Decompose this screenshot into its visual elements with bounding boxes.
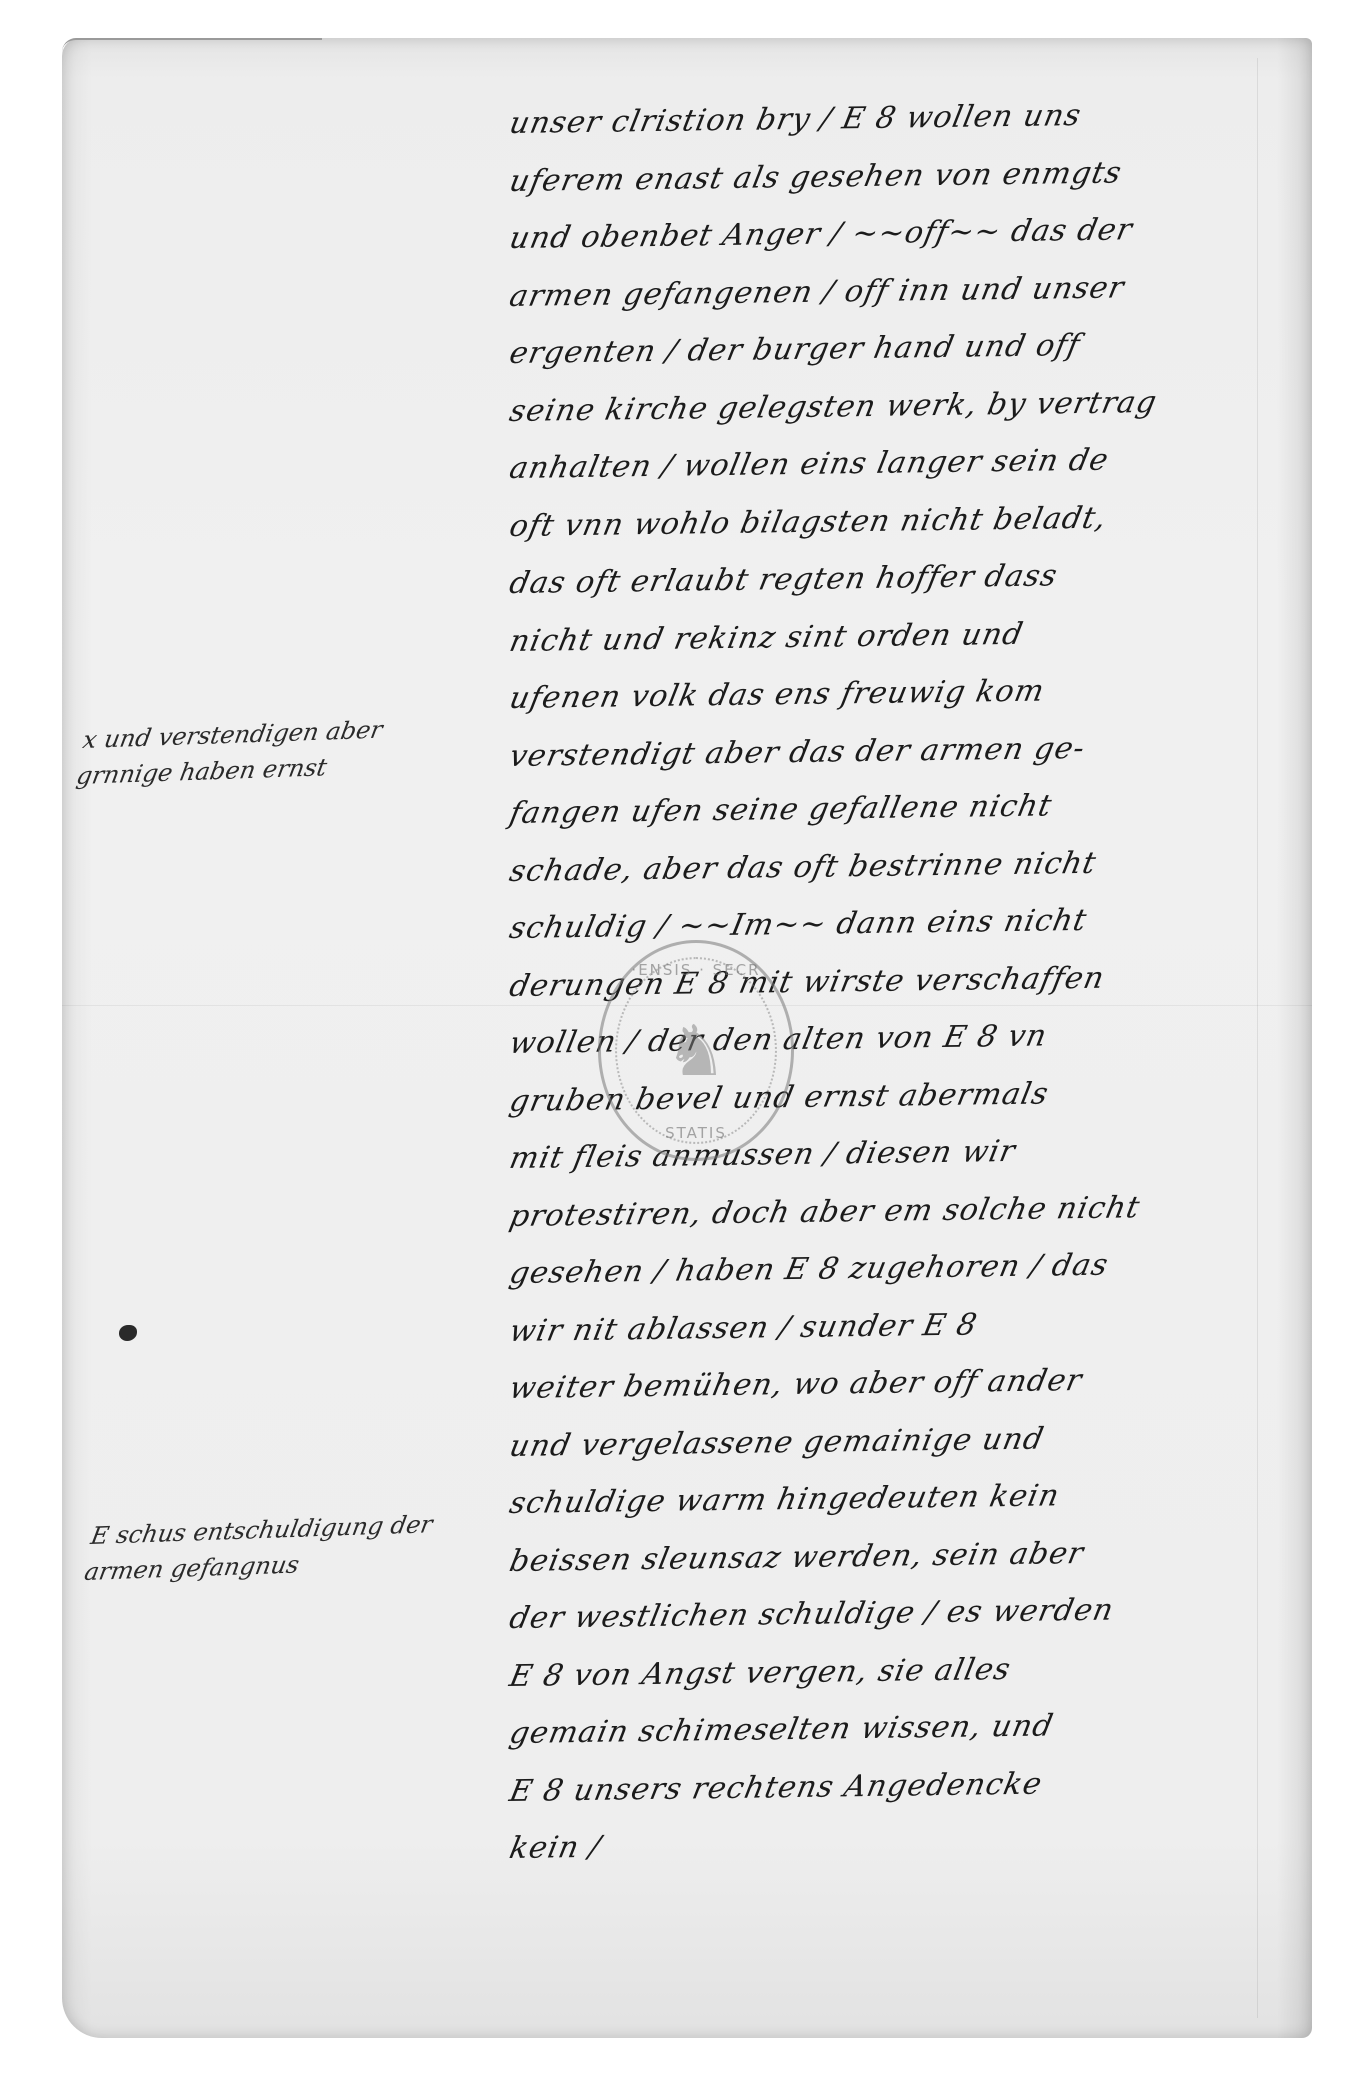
text-line: gesehen / haben E 8 zugehoren / das	[504, 1234, 1308, 1303]
text-line: anhalten / wollen eins langer sein de	[504, 429, 1308, 498]
text-line: unser clristion bry / E 8 wollen uns	[504, 84, 1308, 153]
margin-note-upper: x und verstendigen aber grnnige haben er…	[74, 712, 386, 794]
lion-emblem-icon: ♞	[665, 1010, 728, 1092]
text-line: weiter bemühen, wo aber off ander	[504, 1349, 1308, 1418]
text-line: kein /	[504, 1809, 1308, 1878]
seal-stamp: ·ENSIS · SECR ♞ STATIS	[598, 940, 794, 1161]
text-line: und obenbet Anger / ~~off~~ das der	[504, 199, 1308, 268]
margin-note-lower: E schus entschuldigung der armen gefangn…	[82, 1506, 436, 1590]
text-line: gemain schimeselten wissen, und	[504, 1694, 1308, 1763]
text-line: ergenten / der burger hand und off	[504, 314, 1308, 383]
text-line: schuldig / ~~Im~~ dann eins nicht	[504, 889, 1308, 958]
seal-text-top: ·ENSIS · SECR	[601, 961, 791, 979]
seal-text-bottom: STATIS	[601, 1124, 791, 1142]
text-line: schuldige warm hingedeuten kein	[504, 1464, 1308, 1533]
text-line: ufenen volk das ens freuwig kom	[504, 659, 1308, 728]
text-line: fangen ufen seine gefallene nicht	[504, 774, 1308, 843]
text-line: der westlichen schuldige / es werden	[504, 1579, 1308, 1648]
text-line: das oft erlaubt regten hoffer dass	[504, 544, 1308, 613]
